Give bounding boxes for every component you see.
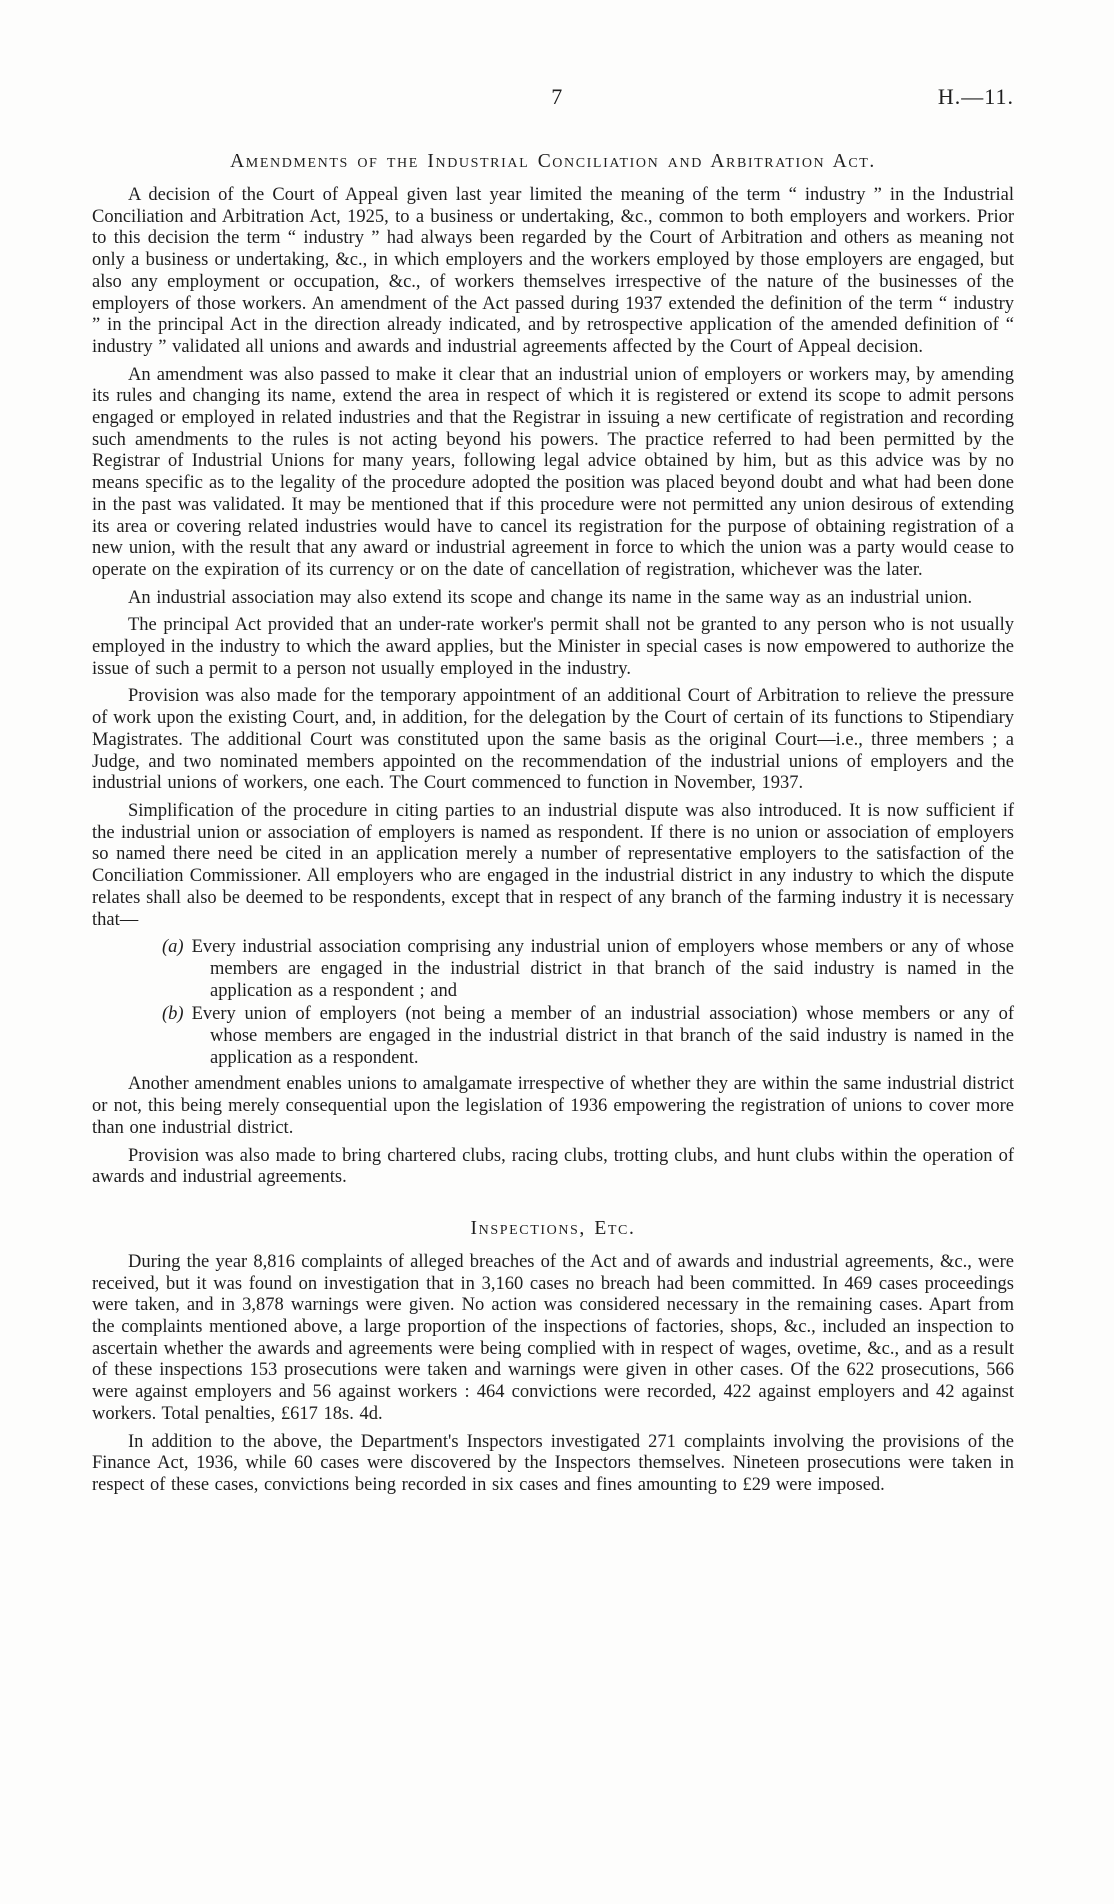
paragraph-court-of-appeal-decision: A decision of the Court of Appeal given … <box>92 185 1014 359</box>
lettered-list: (a)Every industrial association comprisi… <box>92 937 1014 1069</box>
section-heading-amendments: Amendments of the Industrial Conciliatio… <box>92 150 1014 174</box>
list-item-b: (b)Every union of employers (not being a… <box>210 1004 1014 1069</box>
paragraph-complaints-statistics: During the year 8,816 complaints of alle… <box>92 1252 1014 1426</box>
list-item-a-text: Every industrial association comprising … <box>192 937 1014 1000</box>
paragraph-amalgamation: Another amendment enables unions to amal… <box>92 1074 1014 1139</box>
list-item-a: (a)Every industrial association comprisi… <box>210 937 1014 1002</box>
paragraph-clubs: Provision was also made to bring charter… <box>92 1146 1014 1189</box>
page-content: Amendments of the Industrial Conciliatio… <box>92 150 1014 1497</box>
paragraph-under-rate-permit: The principal Act provided that an under… <box>92 615 1014 680</box>
document-reference: H.—11. <box>938 84 1014 110</box>
paragraph-industrial-association-scope: An industrial association may also exten… <box>92 588 1014 610</box>
list-marker-b: (b) <box>162 1004 192 1024</box>
list-item-b-text: Every union of employers (not being a me… <box>192 1004 1014 1067</box>
document-page: 7 H.—11. Amendments of the Industrial Co… <box>0 0 1114 1904</box>
paragraph-citing-parties: Simplification of the procedure in citin… <box>92 801 1014 931</box>
page-header: 7 H.—11. <box>0 0 1114 114</box>
paragraph-additional-court: Provision was also made for the temporar… <box>92 686 1014 795</box>
paragraph-union-registration-amendment: An amendment was also passed to make it … <box>92 365 1014 582</box>
paragraph-finance-act-complaints: In addition to the above, the Department… <box>92 1432 1014 1497</box>
list-marker-a: (a) <box>162 937 192 957</box>
section-heading-inspections: Inspections, Etc. <box>92 1217 1014 1241</box>
